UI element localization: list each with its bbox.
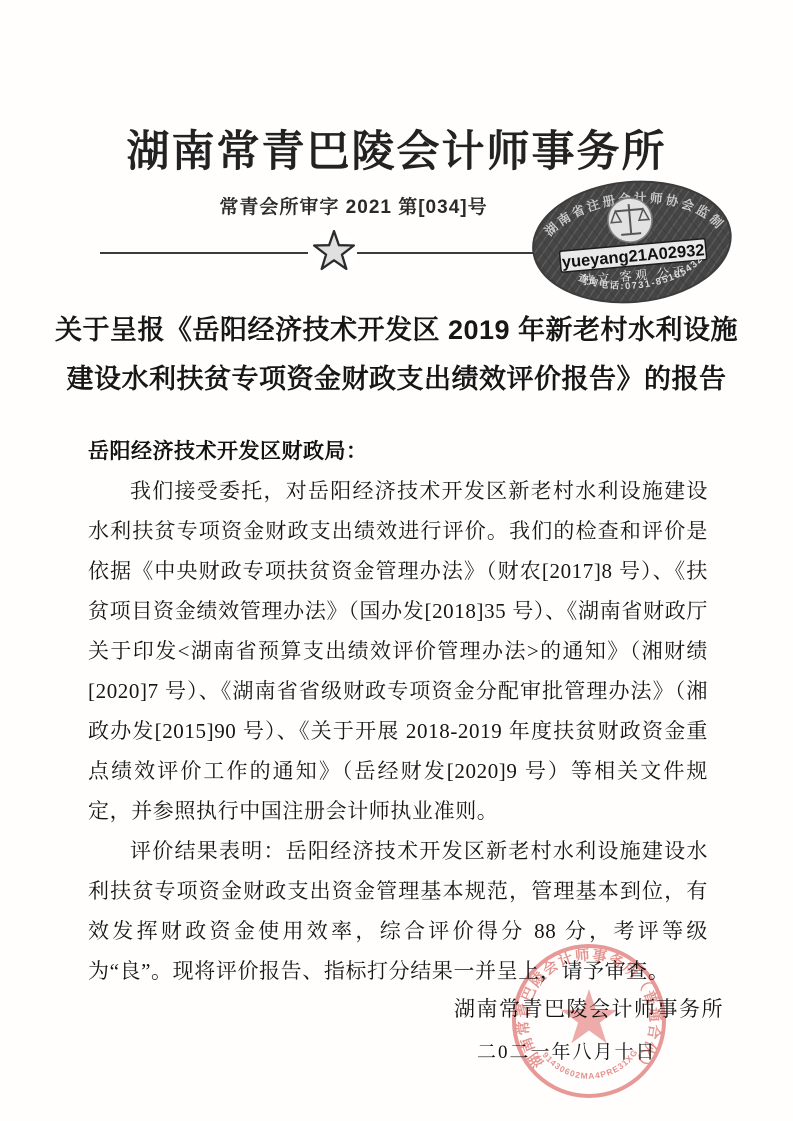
svg-text:91430602MA4PRE31XG: 91430602MA4PRE31XG: [540, 1047, 640, 1081]
letter-body: 岳阳经济技术开发区财政局： 我们接受委托，对岳阳经济技术开发区新老村水利设施建设…: [88, 431, 708, 991]
addressee: 岳阳经济技术开发区财政局：: [88, 431, 708, 471]
star-icon: [311, 229, 357, 275]
report-title-line1: 关于呈报《岳阳经济技术开发区 2019 年新老村水利设施: [0, 306, 793, 355]
letter-paragraph: 我们接受委托，对岳阳经济技术开发区新老村水利设施建设水利扶贫专项资金财政支出绩效…: [88, 471, 708, 831]
scanned-report-page: 湖南常青巴陵会计师事务所 常青会所审字 2021 第[034]号 湖南省注册会计…: [0, 0, 793, 1121]
seal-star-icon: [561, 989, 618, 1043]
company-red-seal: 湖南常青巴陵会计师事务所（普通合伙） 91430602MA4PRE31XG: [509, 941, 669, 1101]
report-title-line2: 建设水利扶贫专项资金财政支出绩效评价报告》的报告: [0, 355, 793, 404]
divider-rule-left: [100, 252, 308, 254]
firm-name-heading: 湖南常青巴陵会计师事务所: [0, 118, 793, 179]
seal-credit-code: 91430602MA4PRE31XG: [540, 1047, 640, 1081]
anti-counterfeit-sticker: 湖南省注册会计师协会监制 yueyang21A02932 独立 客观 公正 查询…: [521, 168, 744, 318]
report-title: 关于呈报《岳阳经济技术开发区 2019 年新老村水利设施 建设水利扶贫专项资金财…: [0, 306, 793, 404]
